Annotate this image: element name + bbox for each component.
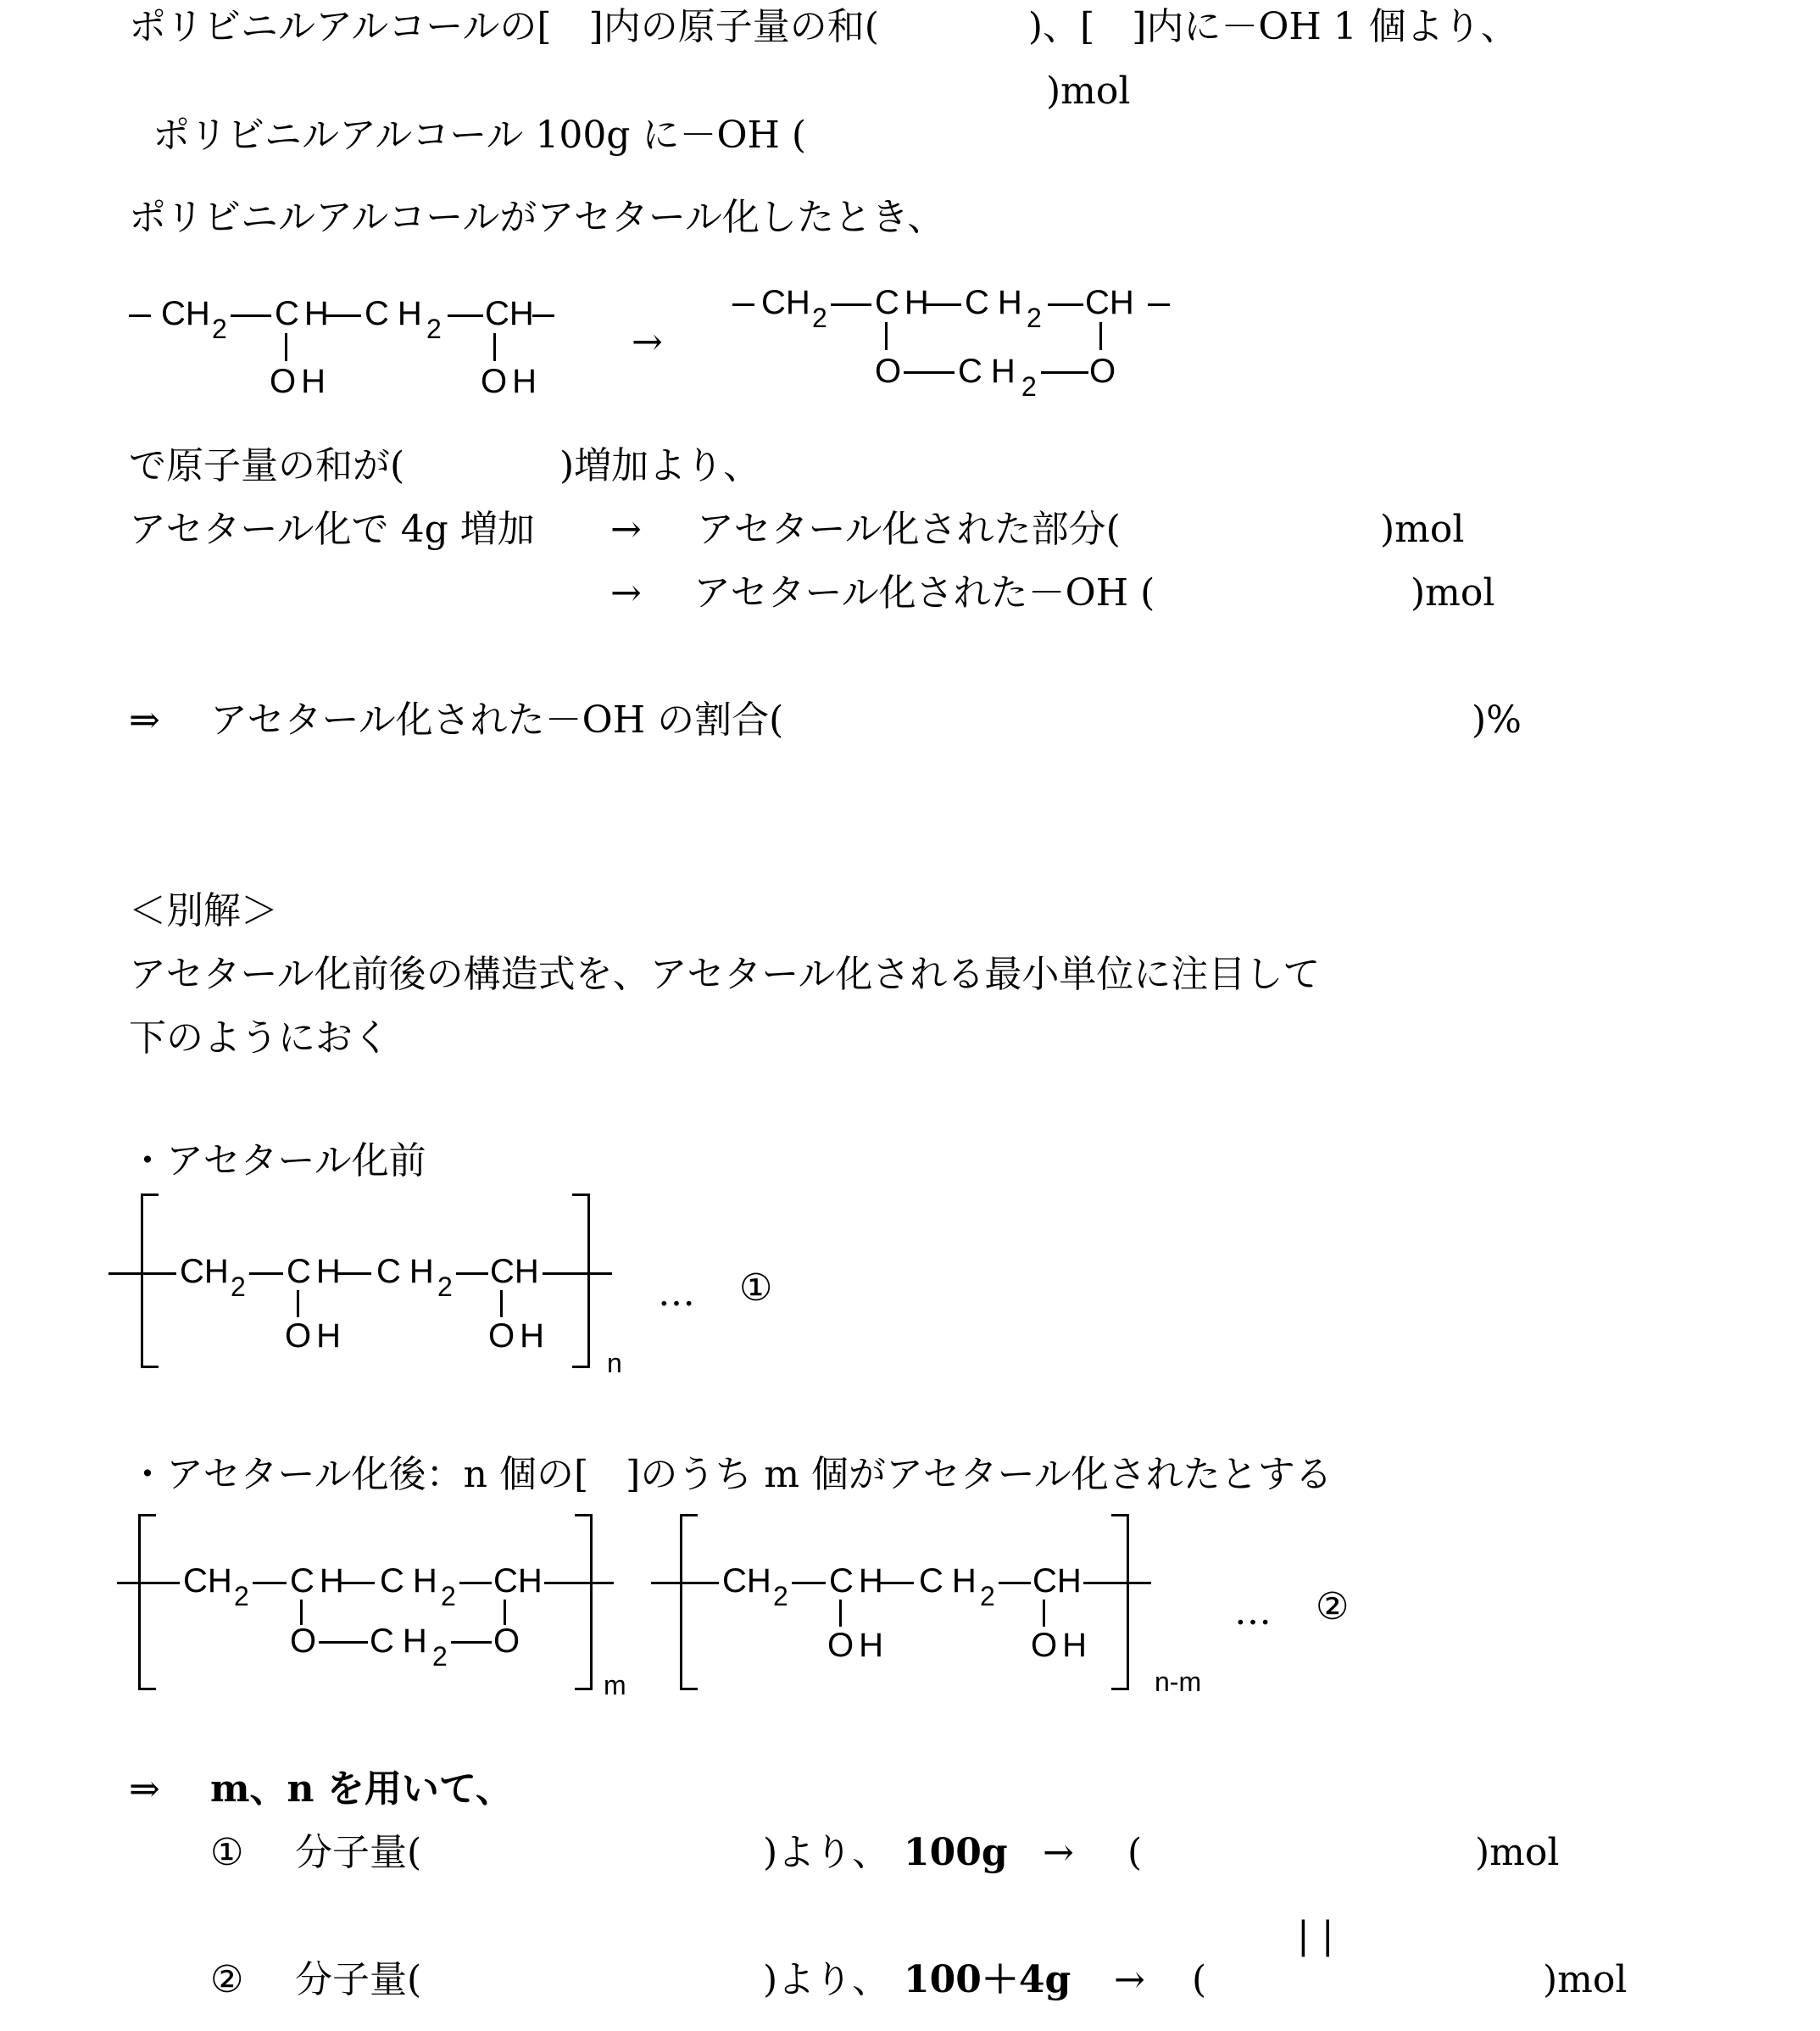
bond-line-vertical bbox=[285, 333, 287, 361]
formula-marker-1: ① bbox=[739, 1266, 772, 1310]
left-bracket bbox=[141, 1194, 159, 1368]
atom-ch-2: CH bbox=[1032, 1564, 1082, 1598]
bond-line bbox=[880, 1582, 914, 1584]
text-acetalized-oh-ratio: アセタール化された－OH の割合( bbox=[210, 698, 783, 743]
bond-line bbox=[253, 1582, 287, 1584]
bond-line bbox=[117, 1582, 180, 1584]
bond-line bbox=[326, 314, 361, 317]
bond-line bbox=[651, 1582, 719, 1584]
bond-line bbox=[459, 1582, 492, 1584]
subscript-2: 2 bbox=[426, 315, 442, 342]
atom-ch-2: CH bbox=[485, 297, 534, 331]
subscript-2: 2 bbox=[980, 1583, 995, 1610]
row1-mass: 100g bbox=[904, 1831, 1008, 1875]
hydroxyl-group-2: OH bbox=[481, 364, 542, 398]
alt-solution-line1: アセタール化前後の構造式を、アセタール化される最小単位に注目して bbox=[129, 953, 1320, 997]
hydroxyl-group-2: OH bbox=[488, 1319, 549, 1353]
formula-marker-2: ② bbox=[1316, 1585, 1349, 1629]
bond-line bbox=[319, 1641, 368, 1644]
atom-ch2-2: CH bbox=[965, 286, 1031, 320]
hydroxyl-group-2: OH bbox=[1031, 1628, 1092, 1662]
label-after-acetalization: ・アセタール化後：n 個の[ ]のうち m 個がアセタール化されたとする bbox=[129, 1453, 1333, 1497]
row1-mol-unit: )mol bbox=[1475, 1831, 1559, 1875]
subscript-2: 2 bbox=[1021, 373, 1037, 400]
bond-line bbox=[532, 314, 554, 317]
atom-o-1: O bbox=[875, 354, 901, 388]
left-bracket bbox=[138, 1514, 156, 1690]
oh-mol-unit: )mol bbox=[1046, 70, 1130, 114]
arrow-right: → bbox=[610, 571, 642, 615]
bond-line bbox=[249, 1272, 283, 1275]
subscript-2: 2 bbox=[1027, 304, 1042, 331]
atom-ch-2: CH bbox=[490, 1255, 539, 1288]
alt-solution-line2: 下のようにおく bbox=[129, 1016, 390, 1060]
atom-ch2-1: CH bbox=[722, 1564, 771, 1598]
row1-open-paren: ( bbox=[1127, 1831, 1142, 1875]
bond-line-vertical bbox=[839, 1600, 842, 1627]
row1-arrow: → bbox=[1043, 1831, 1074, 1875]
row1-marker: ① bbox=[210, 1831, 243, 1875]
atom-ch2-2: CH bbox=[376, 1255, 442, 1288]
right-bracket bbox=[575, 1514, 593, 1690]
bond-line-vertical bbox=[885, 322, 888, 350]
text-line-acetalization-intro: ポリビニルアルコールがアセタール化したとき、 bbox=[129, 196, 944, 240]
atom-ch2-2: CH bbox=[380, 1564, 446, 1598]
equals-sign-vertical: | | bbox=[1297, 1914, 1334, 1958]
bond-line-vertical bbox=[504, 1600, 506, 1625]
subscript-2: 2 bbox=[773, 1583, 788, 1610]
oh-mol-prefix: ポリビニルアルコール 100g に－OH ( bbox=[153, 114, 806, 157]
atom-ch-1: CH bbox=[875, 286, 934, 320]
bond-line bbox=[543, 1272, 612, 1275]
hydroxyl-group-1: OH bbox=[270, 364, 331, 398]
bond-line bbox=[792, 1582, 826, 1584]
implies-arrow: ⇒ bbox=[129, 698, 160, 743]
subscript-n: n bbox=[607, 1349, 622, 1377]
text-line-oh-mol: ポリビニルアルコール 100g に－OH ( bbox=[129, 70, 806, 158]
row2-molecular-weight-label: 分子量( bbox=[295, 1958, 421, 2002]
bond-line-vertical bbox=[1043, 1600, 1045, 1627]
bond-line bbox=[456, 1272, 488, 1275]
acetalized-oh-unit: )mol bbox=[1411, 571, 1494, 615]
bond-line-vertical bbox=[297, 1290, 299, 1317]
hydroxyl-group-1: OH bbox=[827, 1628, 888, 1662]
text-acetalized-part: アセタール化された部分( bbox=[697, 508, 1121, 552]
arrow-right: → bbox=[610, 508, 642, 552]
atom-ch2-1: CH bbox=[180, 1255, 229, 1288]
label-before-acetalization: ・アセタール化前 bbox=[129, 1139, 426, 1183]
subscript-2: 2 bbox=[432, 1643, 448, 1670]
right-bracket bbox=[1111, 1514, 1129, 1690]
bond-line bbox=[999, 1582, 1031, 1584]
atom-ch-1: CH bbox=[275, 297, 334, 331]
atom-ch2-1: CH bbox=[161, 297, 210, 331]
text-acetalized-oh: アセタール化された－OH ( bbox=[693, 571, 1155, 615]
text-line-atomic-mass-sum: ポリビニルアルコールの[ ]内の原子量の和( )、[ ]内に－OH 1 個より、 bbox=[129, 5, 1518, 49]
text-line-4g-increase: アセタール化で 4g 増加 bbox=[129, 508, 535, 552]
hydroxyl-group-1: OH bbox=[285, 1319, 346, 1353]
bond-line bbox=[341, 1582, 375, 1584]
atom-o-1: O bbox=[290, 1624, 316, 1658]
atom-ch2-2: CH bbox=[919, 1564, 985, 1598]
ellipsis: … bbox=[658, 1271, 695, 1316]
bond-line bbox=[451, 1641, 492, 1644]
right-bracket bbox=[572, 1194, 590, 1368]
acetalized-part-unit: )mol bbox=[1380, 508, 1464, 552]
subscript-2: 2 bbox=[812, 304, 827, 331]
bond-line-vertical bbox=[300, 1600, 303, 1625]
row2-arrow: → bbox=[1114, 1958, 1145, 2002]
bond-line bbox=[732, 303, 754, 306]
text-line-mass-increase: で原子量の和が( bbox=[129, 444, 404, 488]
atom-ch-2: CH bbox=[1085, 286, 1134, 320]
row2-mol-unit: )mol bbox=[1543, 1958, 1627, 2002]
bond-line-vertical bbox=[493, 333, 496, 361]
left-bracket bbox=[680, 1514, 698, 1690]
text-using-m-n: m、n を用いて、 bbox=[210, 1767, 513, 1811]
bond-line-vertical bbox=[500, 1290, 503, 1317]
atom-ch2-bridge: CH bbox=[958, 354, 1024, 388]
bond-line bbox=[904, 371, 955, 374]
implies-arrow: ⇒ bbox=[129, 1767, 160, 1811]
subscript-2: 2 bbox=[437, 1273, 453, 1300]
row1-molecular-weight-label: 分子量( bbox=[295, 1831, 421, 1875]
row1-from-suffix: )より、 bbox=[763, 1831, 889, 1875]
row2-open-paren: ( bbox=[1192, 1958, 1206, 2002]
bond-line bbox=[231, 314, 271, 317]
atom-ch2-1: CH bbox=[761, 286, 810, 320]
bond-line bbox=[448, 314, 483, 317]
subscript-m: m bbox=[604, 1672, 626, 1699]
bond-line bbox=[337, 1272, 371, 1275]
subscript-2: 2 bbox=[441, 1583, 456, 1610]
bond-line bbox=[1148, 303, 1170, 306]
atom-ch-1: CH bbox=[829, 1564, 888, 1598]
bond-line bbox=[129, 314, 151, 317]
reaction-arrow: → bbox=[632, 320, 663, 364]
atom-ch-1: CH bbox=[287, 1255, 346, 1288]
row2-marker: ② bbox=[210, 1958, 243, 2002]
atom-ch2-bridge: CH bbox=[370, 1624, 436, 1658]
atom-ch2-1: CH bbox=[183, 1564, 232, 1598]
atom-ch-2: CH bbox=[493, 1564, 543, 1598]
text-mass-increase-suffix: )増加より、 bbox=[559, 444, 760, 488]
atom-ch-1: CH bbox=[290, 1564, 349, 1598]
subscript-n-minus-m: n-m bbox=[1155, 1668, 1201, 1695]
row2-from-suffix: )より、 bbox=[763, 1958, 889, 2002]
bond-line bbox=[109, 1272, 176, 1275]
row2-mass: 100＋4g bbox=[904, 1958, 1071, 2002]
ellipsis: … bbox=[1234, 1590, 1272, 1634]
bond-line bbox=[1083, 1582, 1151, 1584]
bond-line bbox=[1041, 371, 1088, 374]
atom-o-2: O bbox=[493, 1624, 520, 1658]
bond-line-vertical bbox=[1099, 322, 1102, 350]
subscript-2: 2 bbox=[212, 315, 227, 342]
bond-line bbox=[831, 303, 871, 306]
ratio-percent-unit: )% bbox=[1472, 698, 1522, 743]
atom-o-2: O bbox=[1089, 354, 1116, 388]
subscript-2: 2 bbox=[231, 1273, 246, 1300]
bond-line bbox=[1048, 303, 1083, 306]
atom-ch2-2: CH bbox=[365, 297, 431, 331]
alt-solution-heading: ＜別解＞ bbox=[129, 889, 278, 933]
bond-line bbox=[544, 1582, 614, 1584]
subscript-2: 2 bbox=[234, 1583, 249, 1610]
bond-line bbox=[926, 303, 961, 306]
